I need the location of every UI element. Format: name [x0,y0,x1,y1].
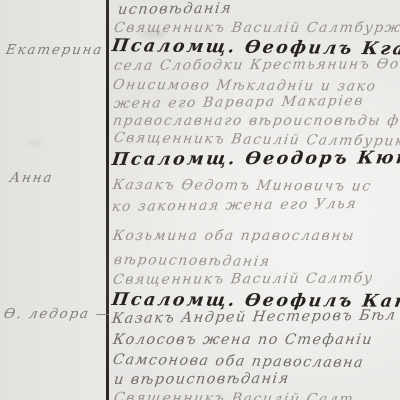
handwritten-line: Священникъ Василій Салтбуржска [113,20,400,36]
handwritten-line: Колосовъ жена по Стефаніи [112,332,374,348]
handwritten-line: жена его Варвара Макаріев [113,93,365,112]
margin-child-name: Екатерина [5,42,105,58]
handwritten-line: Козьмина оба православны [112,228,356,244]
handwritten-line: Священникъ Василій Салт [113,390,356,400]
handwritten-line: Псаломщ. Ѳеодоръ Кюним [111,148,400,170]
handwritten-line: села Слободки Крестьянинъ Ѳо [113,56,400,74]
scanned-register-page: ЕкатеринаАннаѲ. ледора — исповѣданіяСвящ… [0,0,400,400]
handwritten-line: Священникъ Василій Салтбурика [113,130,400,150]
handwritten-line: Самсонова оба православна [112,352,365,371]
handwritten-line: и вѣроисповѣданія [113,371,291,388]
name-margin-column [0,0,106,400]
handwritten-line: Священникъ Василій Салтбу [112,270,375,288]
margin-child-name: Анна [9,170,55,186]
margin-child-name: Ѳ. ледора — [3,306,113,322]
handwritten-line: Онисимово Мѣкладніи и зако [112,77,378,95]
handwritten-line: Казакъ Андрей Нестеровъ Бѣл [111,308,397,327]
handwritten-line: православнаго вѣроисповѣды ф [112,113,400,129]
handwritten-line: вѣроисповѣданія [113,252,272,270]
handwritten-line: ко законная жена его Улья [111,196,358,215]
handwritten-line: Казакъ Ѳедотъ Миновичъ ис [112,177,373,195]
handwritten-line: исповѣданія [117,1,233,18]
column-divider-rule [106,0,109,400]
